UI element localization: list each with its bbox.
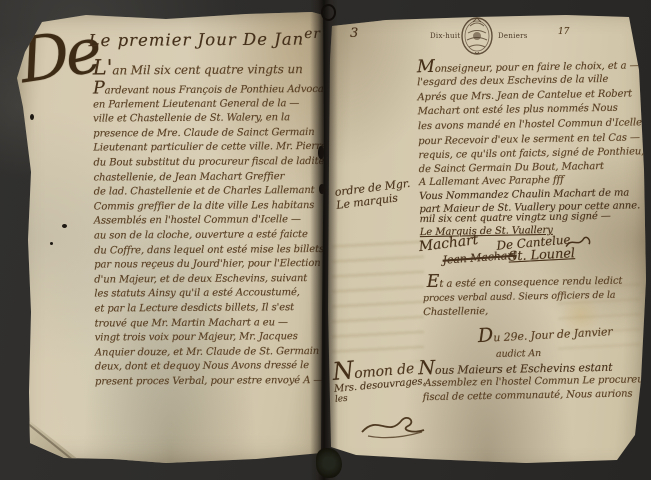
left-page-text-block: De Le premier Jour De Janer L'an Mil six… [14, 11, 325, 465]
manuscript-line: Aprés que Mrs. Jean de Cantelue et Rober… [417, 88, 632, 103]
manuscript-line: les statuts Ainsy qu'il a esté Accoustum… [94, 287, 300, 299]
manuscript-line: proces verbal ausd. Sieurs officiers de … [423, 290, 616, 304]
page-heading: Le premier Jour De Janer [89, 26, 322, 50]
manuscript-line: en Parlement Lieutenant General de la — [93, 98, 299, 110]
manuscript-line: requis, ce qu'ils ont faicts, signé de P… [418, 146, 644, 161]
manuscript-line: A Lallemant Avec Paraphe fff [419, 175, 564, 189]
manuscript-line: fiscal de cette communauté, Nous aurions [423, 388, 633, 403]
manuscript-line: Lieutenant particulier de cette ville. M… [93, 141, 326, 154]
manuscript-line: l'esgard des deux Eschevins de la ville [417, 74, 608, 88]
manuscript-line: Commis greffier de la dite ville Les hab… [94, 200, 315, 213]
manuscript-line: les avons mandé en l'hostel Commun d'Ice… [418, 117, 651, 132]
manuscript-line: Et a esté en consequence rendu ledict [427, 275, 623, 290]
manuscript-line: present proces Verbal, pour estre envoyé… [95, 375, 323, 388]
manuscript-line: vingt trois voix pour Majeur, Mr. Jacque… [95, 331, 298, 343]
manuscript-line: Assemblés en l'hostel Commun d'Icelle — [94, 214, 301, 226]
binding-stitch [319, 184, 325, 194]
signature-side: St. Lounel [508, 246, 575, 264]
manuscript-line: L'an Mil six cent quatre vingts un [93, 61, 303, 77]
manuscript-line: Machart ont esté les plus nommés Nous [418, 103, 618, 117]
manuscript-line: du Coffre, dans lequel ont esté mise les… [94, 244, 324, 257]
manuscript-line: Chastellenie, [423, 306, 488, 318]
manuscript-line: trouvé que Mr. Martin Machart a eu — [95, 317, 288, 329]
manuscript-line: Pardevant nous François de Ponthieu Advo… [93, 83, 328, 97]
manuscript-line: ville et Chastellenie de St. Walery, en … [93, 112, 290, 124]
binding-stitch [318, 146, 324, 159]
manuscript-right-page: 3 17 Dix-huit Deniers Monseigneur, pour … [326, 10, 648, 472]
manuscript-line: presence de Mre. Claude de Sainct Germai… [93, 127, 314, 140]
date-line-2: audict An [496, 348, 541, 360]
date-line: Du 29e. Jour de Janvier [478, 324, 613, 345]
ink-speck [50, 242, 53, 245]
manuscript-line: mil six cent quatre vingtz ung signé — [420, 211, 611, 225]
margin-note-works: Nomon de Mrs. desouvrages, les [332, 357, 427, 405]
manuscript-line: du Bout substitut du procureur fiscal de… [93, 156, 324, 169]
manuscript-line: de lad. Chastellenie et de Charles Lalle… [94, 185, 315, 198]
binding-thread-clump [316, 448, 342, 478]
manuscript-left-page: De Le premier Jour De Janer L'an Mil six… [16, 12, 324, 464]
binding-thread-loop [321, 4, 336, 21]
manuscript-line: chastellenie, de Jean Machart Greffier [94, 171, 285, 183]
manuscript-scan: De Le premier Jour De Janer L'an Mil six… [0, 0, 651, 480]
paraph-flourish-icon [358, 412, 428, 440]
heading-text: Le premier Jour De Jan [89, 30, 305, 51]
book-binding-gutter [310, 0, 338, 480]
manuscript-line: Vous Nommandez Chaulin Machart de ma [419, 188, 629, 203]
manuscript-line: deux, dont et dequoy Nous Avons dressé l… [95, 360, 309, 372]
decorated-initial: De [15, 14, 103, 98]
manuscript-line: d'un Majeur, et de deux Eschevins, suiva… [94, 273, 307, 285]
struck-out-name: Jean Machart [442, 249, 517, 267]
right-page-text-block: Monseigneur, pour en faire le choix, et … [322, 7, 651, 475]
manuscript-line: de Sainct Germain Du Bout, Machart [419, 161, 604, 175]
ink-speck [62, 224, 67, 228]
manuscript-line: par nous reçeus du Jourd'hier, pour l'El… [94, 258, 320, 271]
manuscript-line: pour Recevoir d'eux le serment en tel Ca… [418, 132, 640, 147]
manuscript-line: Monseigneur, pour en faire le choix, et … [417, 59, 640, 75]
ink-speck [30, 114, 34, 120]
manuscript-line: au son de la cloche, ouverture a esté fa… [94, 229, 308, 241]
manuscript-line: Anquier douze, et Mr. Claude de St. Germ… [95, 346, 319, 359]
manuscript-line: et par la Lecture desdicts billets, Il s… [94, 302, 294, 314]
